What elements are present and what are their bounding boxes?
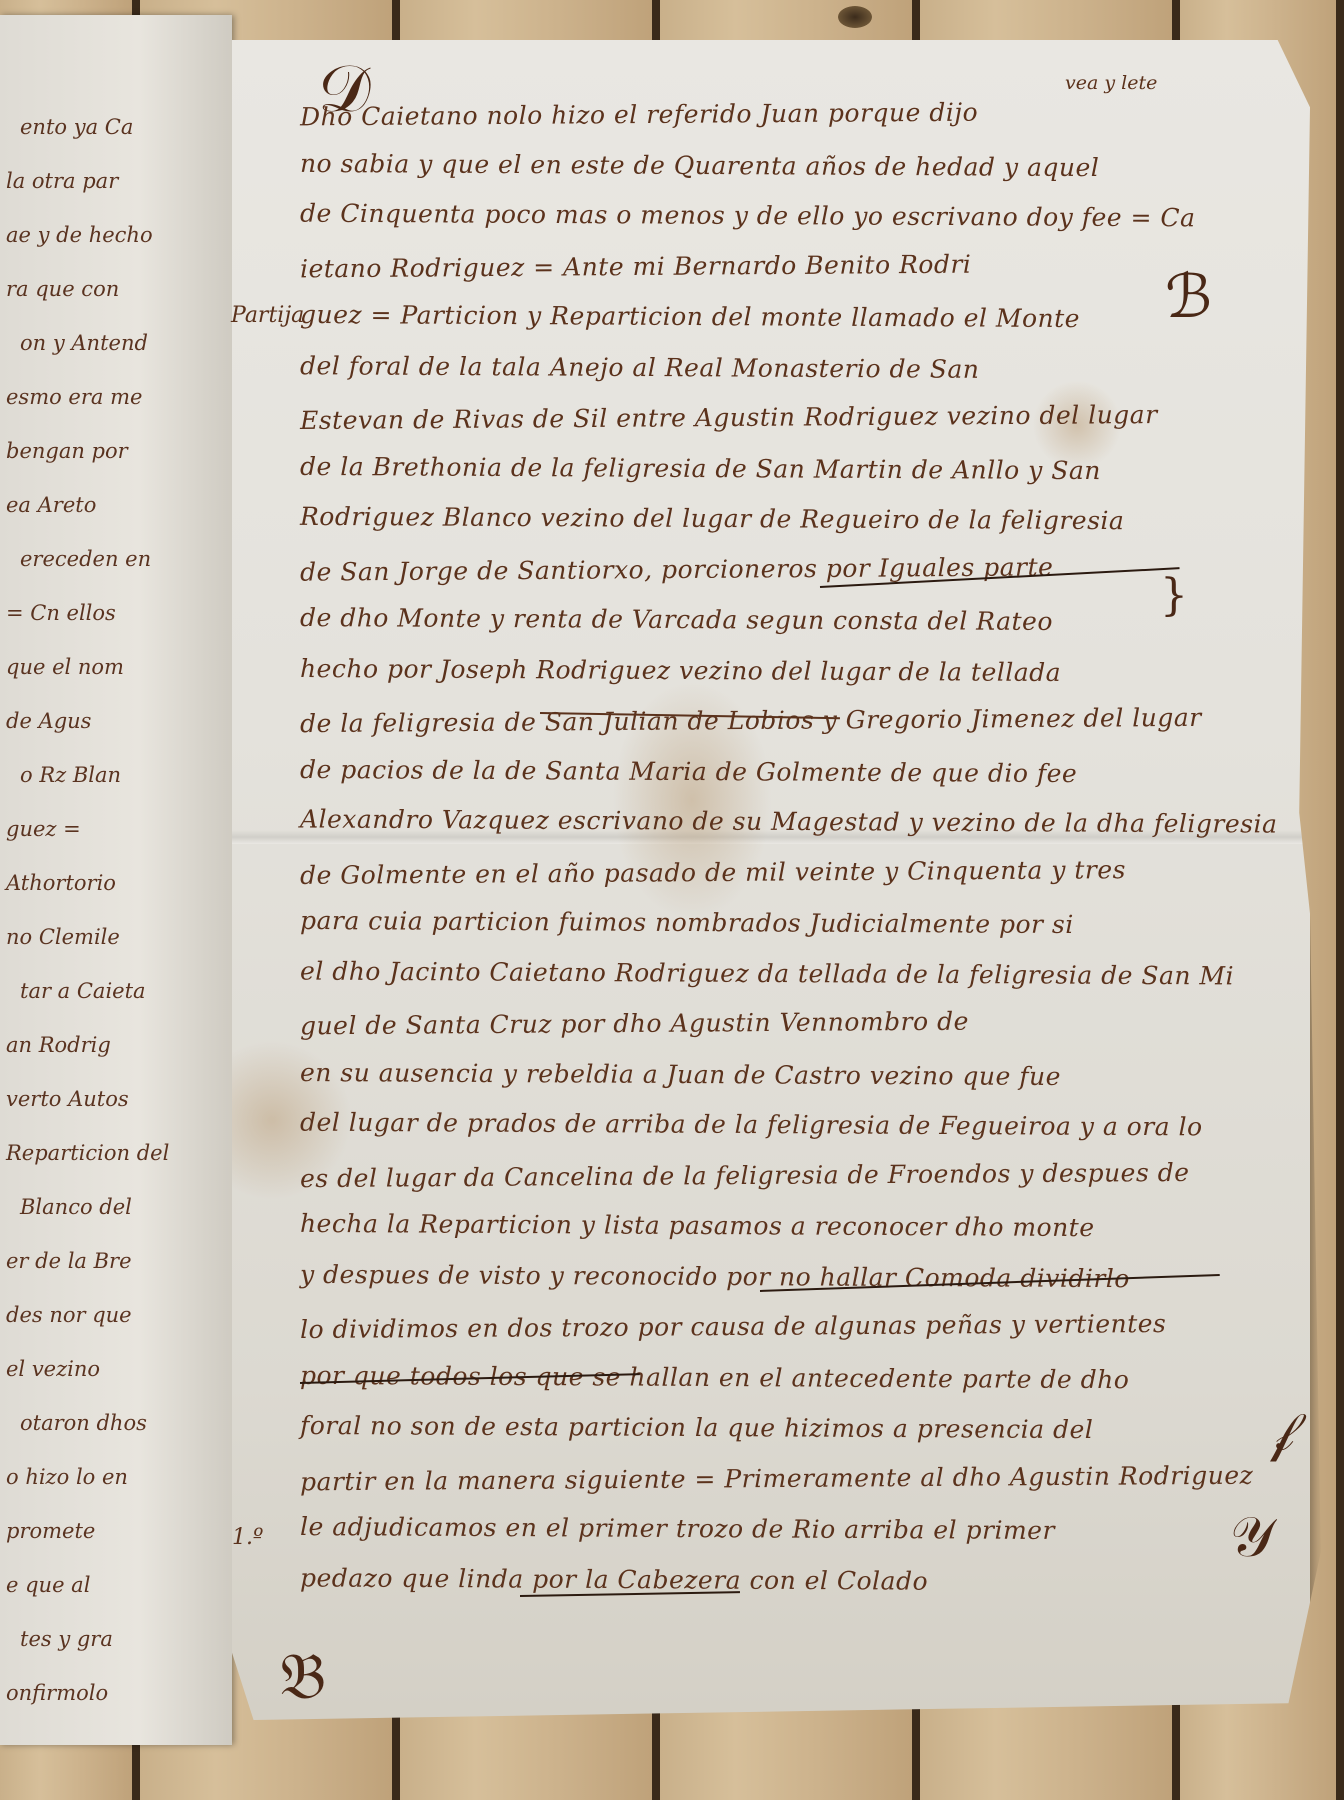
signature-mark: 𝒴 [1230, 1505, 1274, 1571]
manuscript-line: Alexandro Vazquez escrivano de su Magest… [300, 804, 1278, 838]
left-page-fragment: an Rodrig [6, 1033, 111, 1057]
manuscript-line: es del lugar da Cancelina de la feligres… [300, 1157, 1190, 1192]
manuscript-line: partir en la manera siguiente = Primeram… [300, 1460, 1253, 1496]
left-page-fragment: verto Autos [6, 1087, 129, 1111]
manuscript-line: guez = Particion y Reparticion del monte… [300, 300, 1080, 333]
left-page-fragment: Blanco del [20, 1195, 132, 1219]
left-page-fragment: otaron dhos [20, 1411, 147, 1435]
manuscript-line: de pacios de la de Santa Maria de Golmen… [300, 754, 1077, 787]
manuscript-line: de Cinquenta poco mas o menos y de ello … [300, 199, 1196, 233]
manuscript-line: ietano Rodriguez = Ante mi Bernardo Beni… [300, 249, 972, 283]
right-margin-flourish: 𝒻 [1270, 1400, 1294, 1464]
left-page-fragment: que el nom [6, 655, 124, 679]
left-page-fragment: no Clemile [6, 925, 120, 949]
left-page-fragment: el vezino [6, 1357, 100, 1381]
manuscript-line: Dho Caietano nolo hizo el referido Juan … [300, 98, 978, 132]
wood-knot [838, 6, 872, 28]
left-page-fragment: onfirmolo [6, 1681, 108, 1705]
left-page-fragment: er de la Bre [6, 1249, 132, 1273]
manuscript-line: no sabia y que el en este de Quarenta añ… [300, 148, 1099, 181]
manuscript-line: en su ausencia y rebeldia a Juan de Cast… [300, 1058, 1061, 1091]
left-page-fragment: ae y de hecho [6, 223, 153, 247]
margin-note-partija: Partija [231, 303, 304, 328]
left-page-fragment: guez = [6, 817, 81, 841]
manuscript-line: de dho Monte y renta de Varcada segun co… [300, 603, 1053, 636]
manuscript-line: le adjudicamos en el primer trozo de Rio… [300, 1512, 1055, 1545]
left-page-fragment: tes y gra [20, 1627, 113, 1651]
manuscript-line: pedazo que linda por la Cabezera con el … [300, 1563, 928, 1595]
left-page-fragment: ento ya Ca [20, 115, 133, 139]
manuscript-line: Estevan de Rivas de Sil entre Agustin Ro… [300, 400, 1158, 435]
manuscript-line: y despues de visto y reconocido por no h… [300, 1259, 1130, 1292]
left-page-fragment: on y Antend [20, 331, 148, 355]
manuscript-line: del lugar de prados de arriba de la feli… [300, 1108, 1203, 1142]
left-page-fragment: Athortorio [6, 871, 116, 895]
left-page-fragment: promete [6, 1519, 95, 1543]
manuscript-line: foral no son de esta particion la que hi… [300, 1411, 1094, 1444]
manuscript-line: por que todos los que se hallan en el an… [300, 1360, 1130, 1393]
manuscript-line: lo dividimos en dos trozo por causa de a… [300, 1309, 1167, 1344]
left-page-fragment: tar a Caieta [20, 979, 146, 1003]
manuscript-line: guel de Santa Cruz por dho Agustin Venno… [300, 1007, 969, 1041]
right-margin-flourish: } [1160, 570, 1188, 621]
left-page-fragment: ra que con [6, 277, 119, 301]
left-page-fragment: ereceden en [20, 547, 151, 571]
manuscript-line: el dho Jacinto Caietano Rodriguez da tel… [300, 956, 1234, 990]
header-note: vea y lete [1065, 72, 1157, 94]
left-page-fragment: la otra par [6, 169, 118, 193]
manuscript-line: de la Brethonia de la feligresia de San … [300, 451, 1101, 484]
left-page-fragment: = Cn ellos [6, 601, 116, 625]
signature-rubric: 𝔅 [280, 1640, 326, 1714]
manuscript-line: Rodriguez Blanco vezino del lugar de Reg… [300, 502, 1125, 535]
left-page-fragment: e que al [6, 1573, 90, 1597]
manuscript-line: hecha la Reparticion y lista pasamos a r… [300, 1209, 1095, 1242]
manuscript-line: de Golmente en el año pasado de mil vein… [300, 855, 1126, 890]
left-page-fragment: Reparticion del [6, 1141, 169, 1165]
left-page-fragment: bengan por [6, 439, 128, 463]
left-page-fragment: des nor que [6, 1303, 132, 1327]
left-page-fragment: ea Areto [6, 493, 96, 517]
left-page-fragment: esmo era me [6, 385, 142, 409]
manuscript-line: del foral de la tala Anejo al Real Monas… [300, 351, 980, 384]
manuscript-line: para cuia particion fuimos nombrados Jud… [300, 906, 1074, 939]
left-page: ento ya Cala otra parae y de hechora que… [0, 15, 232, 1745]
manuscript-line: hecho por Joseph Rodriguez vezino del lu… [300, 654, 1061, 687]
right-margin-flourish: ℬ [1165, 262, 1212, 332]
left-page-fragment: de Agus [6, 709, 91, 733]
left-page-fragment: o Rz Blan [20, 763, 121, 787]
left-page-fragment: o hizo lo en [6, 1465, 128, 1489]
margin-note-first: 1.º [232, 1525, 263, 1550]
